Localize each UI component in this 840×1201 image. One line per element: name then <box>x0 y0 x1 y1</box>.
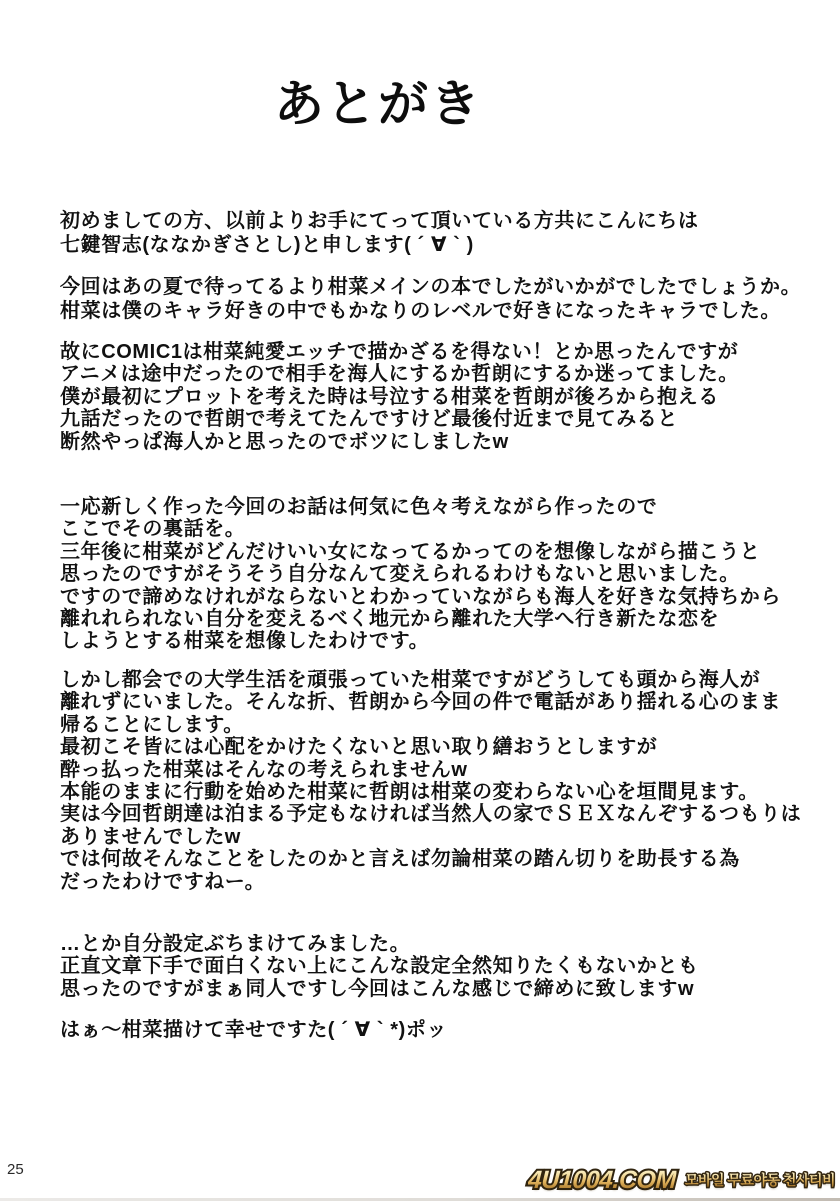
paragraph-backstory: 一応新しく作った今回のお話は何気に色々考えながら作ったので ここでその裏話を。 … <box>60 496 781 653</box>
text-line: 正直文章下手で面白くない上にこんな設定全然知りたくもないかとも <box>60 955 699 977</box>
text-line: 僕が最初にプロットを考えた時は号泣する柑菜を哲朗が後ろから抱える <box>60 386 739 408</box>
watermark-tagline-text: 모바일 무료야동 천사티비 <box>685 1170 835 1190</box>
watermark: 4U1004.COM 4U1004.COM 모바일 무료야동 천사티비 모바일 … <box>528 1162 835 1198</box>
paragraph-comic1: 故にCOMIC1は柑菜純愛エッチで描かざるを得ない！とか思ったんですが アニメは… <box>60 341 739 453</box>
text-line: 一応新しく作った今回のお話は何気に色々考えながら作ったので <box>60 496 781 518</box>
text-line: 柑菜は僕のキャラ好きの中でもかなりのレベルで好きになったキャラでした。 <box>60 299 801 323</box>
text-line: アニメは途中だったので相手を海人にするか哲朗にするか迷ってました。 <box>60 363 739 385</box>
text-line: 七鍵智志(ななかぎさとし)と申します( ´ ∀ ` ) <box>60 233 699 257</box>
watermark-site-text: 4U1004.COM <box>527 1166 676 1195</box>
paragraph-signoff: はぁ～柑菜描けて幸せですた( ´ ∀ ` *)ポッ <box>60 1019 447 1041</box>
text-line: しようとする柑菜を想像したわけです。 <box>60 630 781 652</box>
text-line: では何故そんなことをしたのかと言えば勿論柑菜の踏ん切りを助長する為 <box>60 848 801 870</box>
text-line: …とか自分設定ぶちまけてみました。 <box>60 933 699 955</box>
paragraph-story-details: しかし都会での大学生活を頑張っていた柑菜ですがどうしても頭から海人が 離れずにい… <box>60 669 801 893</box>
text-line: だったわけですねー。 <box>60 871 801 893</box>
text-line: 初めましての方、以前よりお手にてって頂いている方共にこんにちは <box>60 209 699 233</box>
text-line: 本能のままに行動を始めた柑菜に哲朗は柑菜の変わらない心を垣間見ます。 <box>60 781 801 803</box>
text-line: 帰ることにします。 <box>60 714 801 736</box>
text-line: ですので諦めなけれがならないとわかっていながらも海人を好きな気持ちから <box>60 586 781 608</box>
text-line: 思ったのですがそうそう自分なんて変えられるわけもないと思いました。 <box>60 563 781 585</box>
text-line: 酔っ払った柑菜はそんなの考えられませんw <box>60 759 801 781</box>
text-line: しかし都会での大学生活を頑張っていた柑菜ですがどうしても頭から海人が <box>60 669 801 691</box>
text-line: 離れれられない自分を変えるべく地元から離れた大学へ行き新たな恋を <box>60 608 781 630</box>
text-line: はぁ～柑菜描けて幸せですた( ´ ∀ ` *)ポッ <box>60 1019 447 1041</box>
text-line: 離れずにいました。そんな折、哲朗から今回の件で電話があり揺れる心のまま <box>60 691 801 713</box>
watermark-tagline: 모바일 무료야동 천사티비 모바일 무료야동 천사티비 <box>685 1170 835 1190</box>
text-line: 思ったのですがまぁ同人ですし今回はこんな感じで締めに致しますw <box>60 978 699 1000</box>
text-line: 九話だったので哲朗で考えてたんですけど最後付近まで見てみると <box>60 408 739 430</box>
document-page: あとがき 初めましての方、以前よりお手にてって頂いている方共にこんにちは 七鍵智… <box>0 0 840 1201</box>
text-line: 今回はあの夏で待ってるより柑菜メインの本でしたがいかがでしたでしょうか。 <box>60 275 801 299</box>
text-line: 三年後に柑菜がどんだけいい女になってるかってのを想像しながら描こうと <box>60 541 781 563</box>
text-line: 最初こそ皆には心配をかけたくないと思い取り繕おうとしますが <box>60 736 801 758</box>
text-line: 実は今回哲朗達は泊まる予定もなければ当然人の家でＳＥＸなんぞするつもりは <box>60 803 801 825</box>
watermark-site-logo: 4U1004.COM 4U1004.COM <box>528 1166 676 1195</box>
text-line: 断然やっぱ海人かと思ったのでボツにしましたw <box>60 431 739 453</box>
text-line: ありませんでしたw <box>60 826 801 848</box>
afterword-title: あとがき <box>274 74 482 134</box>
text-line: 故にCOMIC1は柑菜純愛エッチで描かざるを得ない！とか思ったんですが <box>60 341 739 363</box>
text-line: ここでその裏話を。 <box>60 518 781 540</box>
paragraph-greeting: 初めましての方、以前よりお手にてって頂いている方共にこんにちは 七鍵智志(ななか… <box>60 209 699 257</box>
paragraph-book-intro: 今回はあの夏で待ってるより柑菜メインの本でしたがいかがでしたでしょうか。 柑菜は… <box>60 275 801 323</box>
page-number: 25 <box>7 1161 24 1178</box>
paragraph-closing: …とか自分設定ぶちまけてみました。 正直文章下手で面白くない上にこんな設定全然知… <box>60 933 699 1000</box>
